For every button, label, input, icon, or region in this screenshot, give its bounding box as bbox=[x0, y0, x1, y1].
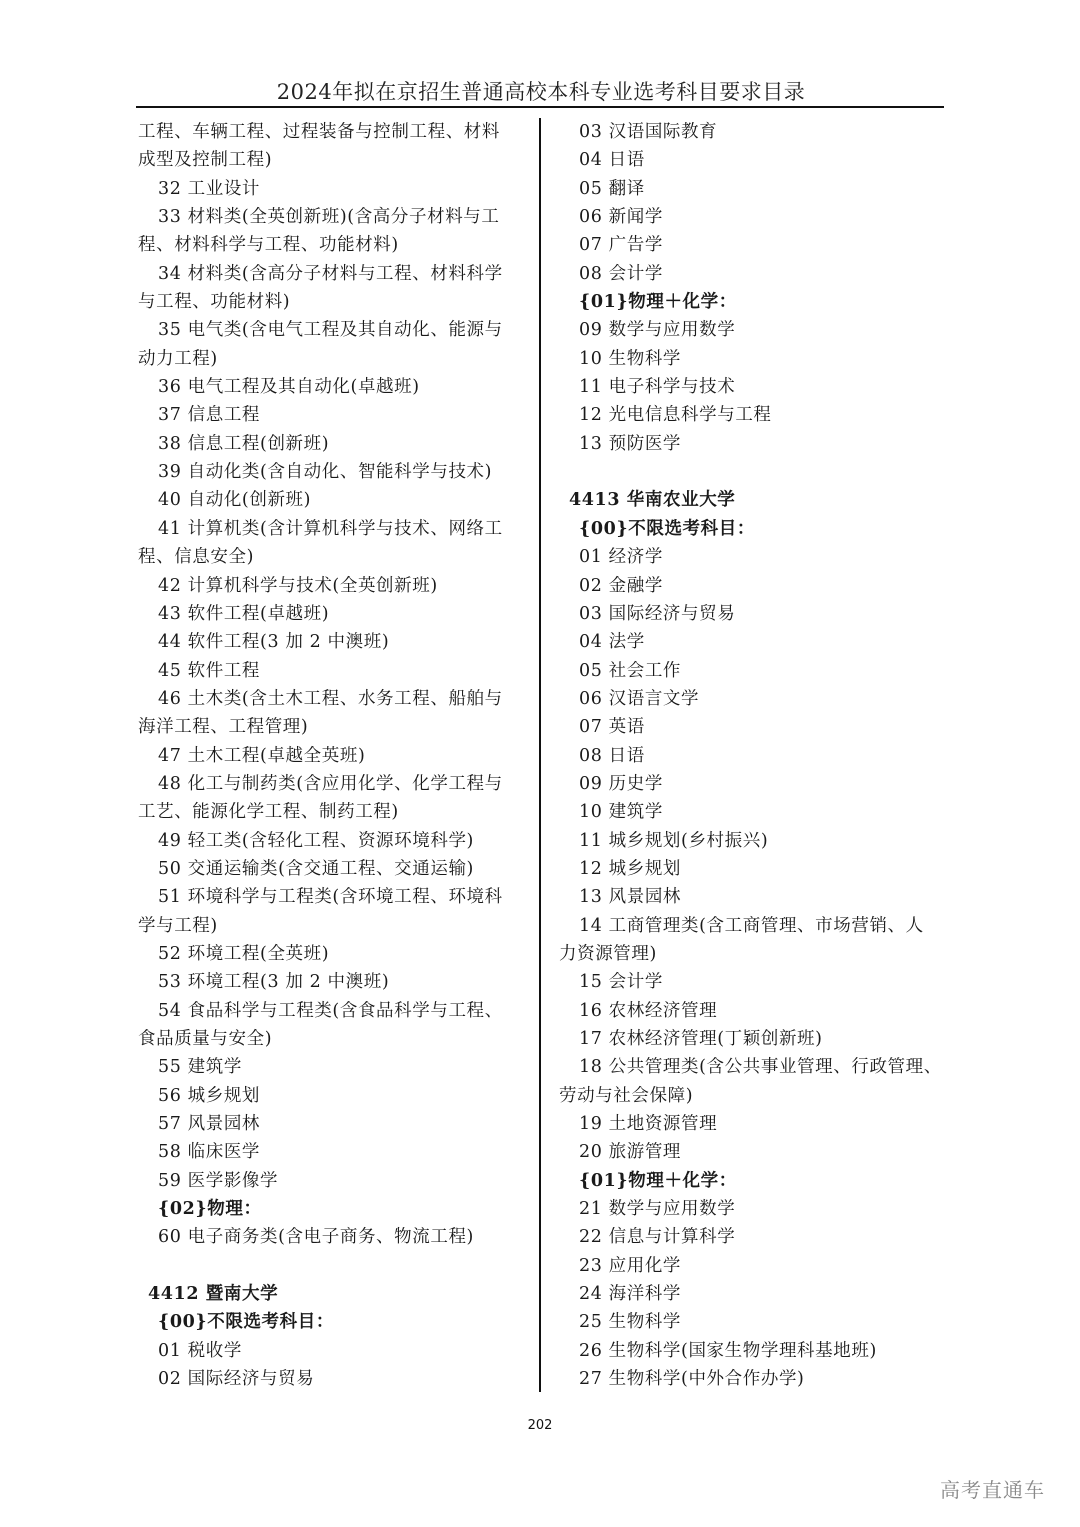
major-item: 15 会计学 bbox=[559, 968, 943, 996]
major-item: 05 翻译 bbox=[559, 175, 943, 203]
major-item: 20 旅游管理 bbox=[559, 1138, 943, 1166]
major-item: 25 生物科学 bbox=[559, 1308, 943, 1336]
major-item: 41 计算机类(含计算机科学与技术、网络工 bbox=[138, 515, 522, 543]
major-item: 60 电子商务类(含电子商务、物流工程) bbox=[138, 1223, 522, 1251]
major-item-continuation: 程、材料科学与工程、功能材料) bbox=[138, 231, 522, 259]
major-item: 09 历史学 bbox=[559, 770, 943, 798]
column-divider bbox=[539, 118, 541, 1392]
major-item-continuation: 食品质量与安全) bbox=[138, 1025, 522, 1053]
major-item: 06 汉语言文学 bbox=[559, 685, 943, 713]
major-item-continuation: 工艺、能源化学工程、制药工程) bbox=[138, 798, 522, 826]
major-item: 33 材料类(全英创新班)(含高分子材料与工 bbox=[138, 203, 522, 231]
major-item-continuation: 动力工程) bbox=[138, 345, 522, 373]
major-item: 06 新闻学 bbox=[559, 203, 943, 231]
major-item: 51 环境科学与工程类(含环境工程、环境科 bbox=[138, 883, 522, 911]
major-item: 34 材料类(含高分子材料与工程、材料科学 bbox=[138, 260, 522, 288]
major-item: 11 电子科学与技术 bbox=[559, 373, 943, 401]
major-item-continuation: 与工程、功能材料) bbox=[138, 288, 522, 316]
major-item: 11 城乡规划(乡村振兴) bbox=[559, 827, 943, 855]
subject-requirement-heading: {00}不限选考科目： bbox=[138, 1308, 522, 1336]
major-item: 44 软件工程(3 加 2 中澳班) bbox=[138, 628, 522, 656]
major-item: 09 数学与应用数学 bbox=[559, 316, 943, 344]
major-item: 14 工商管理类(含工商管理、市场营销、人 bbox=[559, 912, 943, 940]
major-item: 13 预防医学 bbox=[559, 430, 943, 458]
major-item: 07 英语 bbox=[559, 713, 943, 741]
major-item: 10 生物科学 bbox=[559, 345, 943, 373]
major-item: 54 食品科学与工程类(含食品科学与工程、 bbox=[138, 997, 522, 1025]
major-item: 24 海洋科学 bbox=[559, 1280, 943, 1308]
major-item-continuation: 劳动与社会保障) bbox=[559, 1082, 943, 1110]
major-item: 02 金融学 bbox=[559, 572, 943, 600]
major-item: 08 日语 bbox=[559, 742, 943, 770]
major-item: 35 电气类(含电气工程及其自动化、能源与 bbox=[138, 316, 522, 344]
major-item: 47 土木工程(卓越全英班) bbox=[138, 742, 522, 770]
major-item-continuation: 成型及控制工程) bbox=[138, 146, 522, 174]
major-item: 04 法学 bbox=[559, 628, 943, 656]
subject-requirement-heading: {02}物理： bbox=[138, 1195, 522, 1223]
major-item: 39 自动化类(含自动化、智能科学与技术) bbox=[138, 458, 522, 486]
left-column: 工程、车辆工程、过程装备与控制工程、材料成型及控制工程)32 工业设计33 材料… bbox=[138, 118, 522, 1393]
major-item: 18 公共管理类(含公共事业管理、行政管理、 bbox=[559, 1053, 943, 1081]
major-item: 07 广告学 bbox=[559, 231, 943, 259]
major-item: 59 医学影像学 bbox=[138, 1167, 522, 1195]
major-item: 57 风景园林 bbox=[138, 1110, 522, 1138]
major-item: 26 生物科学(国家生物学理科基地班) bbox=[559, 1337, 943, 1365]
major-item: 12 城乡规划 bbox=[559, 855, 943, 883]
major-item: 04 日语 bbox=[559, 146, 943, 174]
major-item: 02 国际经济与贸易 bbox=[138, 1365, 522, 1393]
major-item: 19 土地资源管理 bbox=[559, 1110, 943, 1138]
major-item-continuation: 工程、车辆工程、过程装备与控制工程、材料 bbox=[138, 118, 522, 146]
major-item: 55 建筑学 bbox=[138, 1053, 522, 1081]
major-item: 42 计算机科学与技术(全英创新班) bbox=[138, 572, 522, 600]
right-column: 03 汉语国际教育04 日语05 翻译06 新闻学07 广告学08 会计学{01… bbox=[559, 118, 943, 1393]
major-item: 46 土木类(含土木工程、水务工程、船舶与 bbox=[138, 685, 522, 713]
major-item: 45 软件工程 bbox=[138, 657, 522, 685]
major-item-continuation: 海洋工程、工程管理) bbox=[138, 713, 522, 741]
major-item-continuation: 学与工程) bbox=[138, 912, 522, 940]
major-item: 01 经济学 bbox=[559, 543, 943, 571]
major-item: 38 信息工程(创新班) bbox=[138, 430, 522, 458]
major-item: 48 化工与制药类(含应用化学、化学工程与 bbox=[138, 770, 522, 798]
major-item-continuation: 力资源管理) bbox=[559, 940, 943, 968]
major-item: 36 电气工程及其自动化(卓越班) bbox=[138, 373, 522, 401]
major-item: 13 风景园林 bbox=[559, 883, 943, 911]
page-title: 2024年拟在京招生普通高校本科专业选考科目要求目录 bbox=[138, 76, 944, 106]
major-item: 50 交通运输类(含交通工程、交通运输) bbox=[138, 855, 522, 883]
major-item: 08 会计学 bbox=[559, 260, 943, 288]
major-item: 27 生物科学(中外合作办学) bbox=[559, 1365, 943, 1393]
spacer bbox=[138, 1252, 522, 1280]
watermark-text: 高考直通车 bbox=[940, 1474, 1045, 1503]
major-item: 12 光电信息科学与工程 bbox=[559, 401, 943, 429]
major-item: 01 税收学 bbox=[138, 1337, 522, 1365]
major-item: 16 农林经济管理 bbox=[559, 997, 943, 1025]
major-item: 03 汉语国际教育 bbox=[559, 118, 943, 146]
major-item: 32 工业设计 bbox=[138, 175, 522, 203]
title-rule-divider bbox=[136, 106, 944, 108]
major-item: 52 环境工程(全英班) bbox=[138, 940, 522, 968]
school-heading: 4413 华南农业大学 bbox=[559, 486, 943, 514]
major-item: 05 社会工作 bbox=[559, 657, 943, 685]
major-item: 56 城乡规划 bbox=[138, 1082, 522, 1110]
major-item: 21 数学与应用数学 bbox=[559, 1195, 943, 1223]
school-heading: 4412 暨南大学 bbox=[138, 1280, 522, 1308]
subject-requirement-heading: {01}物理＋化学： bbox=[559, 288, 943, 316]
major-item: 22 信息与计算科学 bbox=[559, 1223, 943, 1251]
page-number: 202 bbox=[522, 1418, 558, 1433]
spacer bbox=[559, 458, 943, 486]
major-item: 43 软件工程(卓越班) bbox=[138, 600, 522, 628]
major-item: 53 环境工程(3 加 2 中澳班) bbox=[138, 968, 522, 996]
major-item: 17 农林经济管理(丁颖创新班) bbox=[559, 1025, 943, 1053]
major-item: 49 轻工类(含轻化工程、资源环境科学) bbox=[138, 827, 522, 855]
major-item: 23 应用化学 bbox=[559, 1252, 943, 1280]
major-item: 40 自动化(创新班) bbox=[138, 486, 522, 514]
subject-requirement-heading: {00}不限选考科目： bbox=[559, 515, 943, 543]
subject-requirement-heading: {01}物理＋化学： bbox=[559, 1167, 943, 1195]
major-item-continuation: 程、信息安全) bbox=[138, 543, 522, 571]
major-item: 03 国际经济与贸易 bbox=[559, 600, 943, 628]
major-item: 37 信息工程 bbox=[138, 401, 522, 429]
major-item: 10 建筑学 bbox=[559, 798, 943, 826]
major-item: 58 临床医学 bbox=[138, 1138, 522, 1166]
